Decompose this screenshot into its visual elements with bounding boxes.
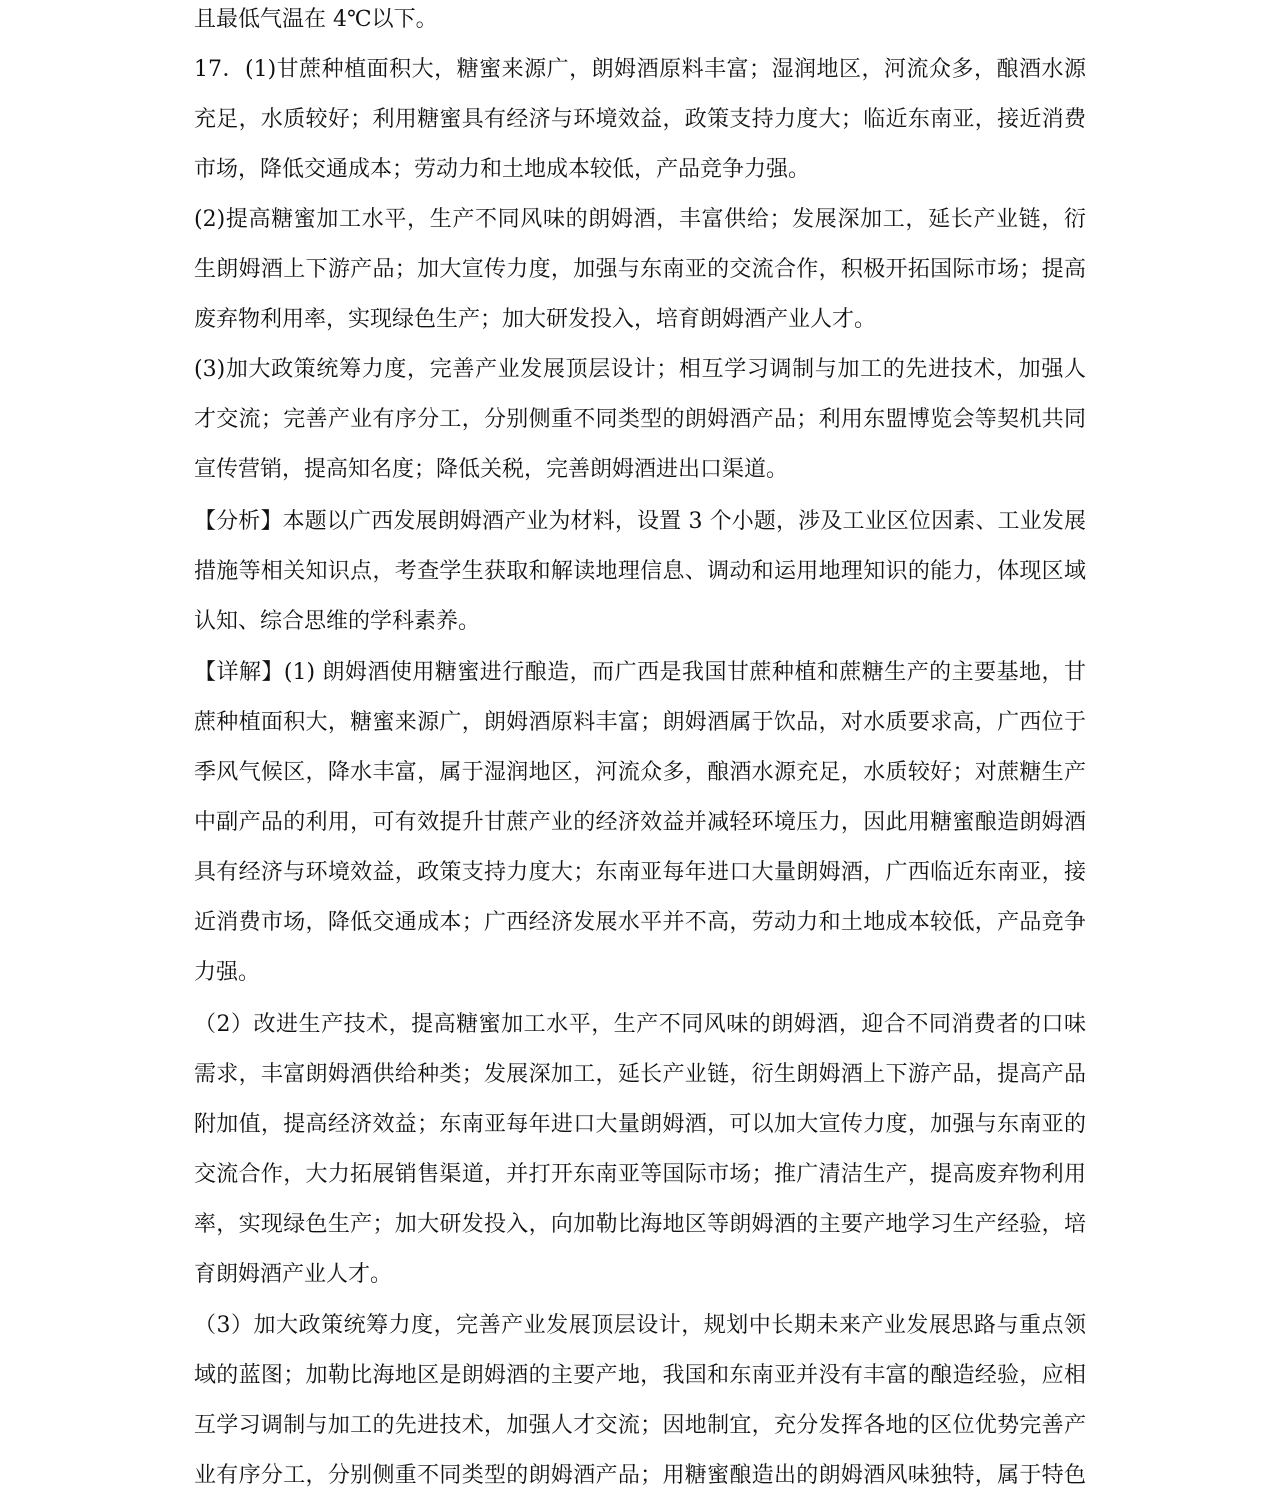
- detail-2-line: 附加值，提高经济效益；东南亚每年进口大量朗姆酒，可以加大宣传力度，加强与东南亚的: [194, 1105, 1086, 1145]
- answer-17-1-line: 17．(1)甘蔗种植面积大，糖蜜来源广，朗姆酒原料丰富；湿润地区，河流众多，酿酒…: [194, 50, 1086, 90]
- answer-17-3-line: (3)加大政策统筹力度，完善产业发展顶层设计；相互学习调制与加工的先进技术，加强…: [194, 350, 1086, 390]
- detail-1-line: 中副产品的利用，可有效提升甘蔗产业的经济效益并减轻环境压力，因此用糖蜜酿造朗姆酒: [194, 803, 1086, 843]
- analysis-line: 【分析】本题以广西发展朗姆酒产业为材料，设置 3 个小题，涉及工业区位因素、工业…: [194, 502, 1086, 542]
- detail-1-line: 力强。: [194, 953, 1086, 993]
- detail-1-line: 蔗种植面积大，糖蜜来源广，朗姆酒原料丰富；朗姆酒属于饮品，对水质要求高，广西位于: [194, 703, 1086, 743]
- answer-17-1-line: 市场，降低交通成本；劳动力和土地成本较低，产品竞争力强。: [194, 150, 1086, 190]
- document-page: 且最低气温在 4℃以下。 17．(1)甘蔗种植面积大，糖蜜来源广，朗姆酒原料丰富…: [0, 0, 1279, 1503]
- detail-1-line: 【详解】(1) 朗姆酒使用糖蜜进行酿造，而广西是我国甘蔗种植和蔗糖生产的主要基地…: [194, 653, 1086, 693]
- detail-1-line: 近消费市场，降低交通成本；广西经济发展水平并不高，劳动力和土地成本较低，产品竞争: [194, 903, 1086, 943]
- answer-17-3-line: 宣传营销，提高知名度；降低关税，完善朗姆酒进出口渠道。: [194, 450, 1086, 490]
- answer-17-2-line: 废弃物利用率，实现绿色生产；加大研发投入，培育朗姆酒产业人才。: [194, 300, 1086, 340]
- detail-2-line: 交流合作，大力拓展销售渠道，并打开东南亚等国际市场；推广清洁生产，提高废弃物利用: [194, 1155, 1086, 1195]
- detail-2-line: 需求，丰富朗姆酒供给种类；发展深加工，延长产业链，衍生朗姆酒上下游产品，提高产品: [194, 1055, 1086, 1095]
- detail-3-line: （3）加大政策统筹力度，完善产业发展顶层设计，规划中长期未来产业发展思路与重点领: [194, 1306, 1086, 1346]
- answer-17-3-line: 才交流；完善产业有序分工，分别侧重不同类型的朗姆酒产品；利用东盟博览会等契机共同: [194, 400, 1086, 440]
- detail-2-line: 率，实现绿色生产；加大研发投入，向加勒比海地区等朗姆酒的主要产地学习生产经验，培: [194, 1205, 1086, 1245]
- detail-3-line: 业有序分工，分别侧重不同类型的朗姆酒产品；用糖蜜酿造出的朗姆酒风味独特，属于特色: [194, 1456, 1086, 1496]
- detail-1-line: 具有经济与环境效益，政策支持力度大；东南亚每年进口大量朗姆酒，广西临近东南亚，接: [194, 853, 1086, 893]
- analysis-line: 认知、综合思维的学科素养。: [194, 602, 1086, 642]
- detail-2-line: 育朗姆酒产业人才。: [194, 1255, 1086, 1295]
- answer-17-2-line: 生朗姆酒上下游产品；加大宣传力度，加强与东南亚的交流合作，积极开拓国际市场；提高: [194, 250, 1086, 290]
- detail-3-line: 域的蓝图；加勒比海地区是朗姆酒的主要产地，我国和东南亚并没有丰富的酿造经验，应相: [194, 1356, 1086, 1396]
- answer-17-1-line: 充足，水质较好；利用糖蜜具有经济与环境效益，政策支持力度大；临近东南亚，接近消费: [194, 100, 1086, 140]
- answer-17-2-line: (2)提高糖蜜加工水平，生产不同风味的朗姆酒，丰富供给；发展深加工，延长产业链，…: [194, 200, 1086, 240]
- detail-2-line: （2）改进生产技术，提高糖蜜加工水平，生产不同风味的朗姆酒，迎合不同消费者的口味: [194, 1005, 1086, 1045]
- analysis-line: 措施等相关知识点，考查学生获取和解读地理信息、调动和运用地理知识的能力，体现区域: [194, 552, 1086, 592]
- detail-3-line: 互学习调制与加工的先进技术，加强人才交流；因地制宜，充分发挥各地的区位优势完善产: [194, 1406, 1086, 1446]
- text-line-intro-tail: 且最低气温在 4℃以下。: [194, 0, 1086, 40]
- detail-1-line: 季风气候区，降水丰富，属于湿润地区，河流众多，酿酒水源充足，水质较好；对蔗糖生产: [194, 753, 1086, 793]
